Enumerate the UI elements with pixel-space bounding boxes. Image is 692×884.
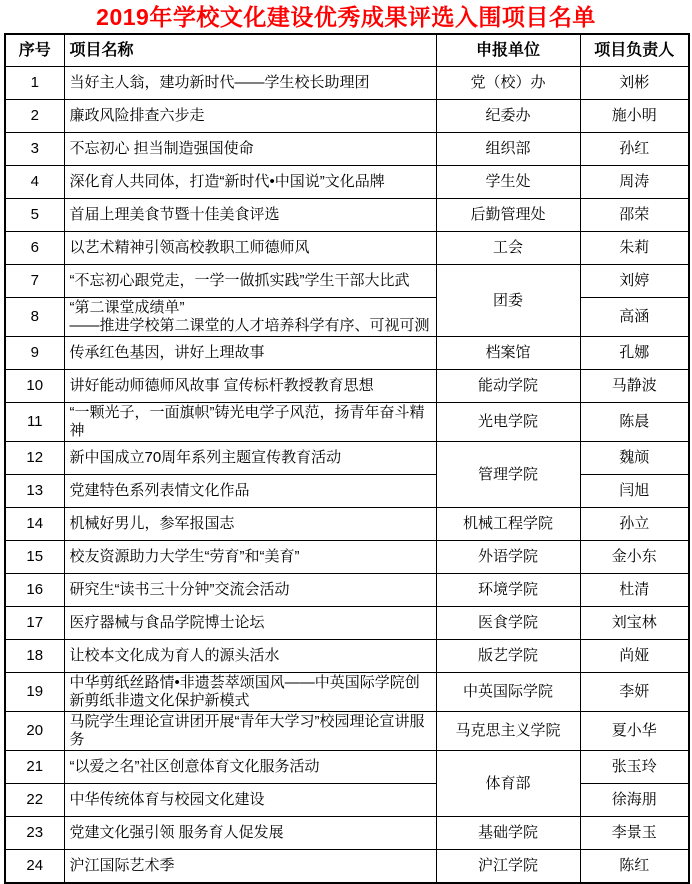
table-row: 4深化育人共同体，打造“新时代•中国说”文化品牌学生处周涛: [5, 166, 689, 199]
project-name-cell: 中华传统体育与校园文化建设: [64, 784, 436, 817]
project-name-cell: 研究生“读书三十分钟”交流会活动: [64, 574, 436, 607]
unit-cell: 中英国际学院: [436, 673, 580, 712]
project-name-cell: “一颗光子，一面旗帜”铸光电学子风范，扬青年奋斗精神: [64, 403, 436, 442]
row-number-cell: 2: [5, 100, 64, 133]
table-row: 5首届上理美食节暨十佳美食评选后勤管理处邵荣: [5, 199, 689, 232]
project-name-cell: 不忘初心 担当制造强国使命: [64, 133, 436, 166]
row-number-cell: 14: [5, 508, 64, 541]
leader-cell: 李妍: [580, 673, 689, 712]
unit-cell: 后勤管理处: [436, 199, 580, 232]
leader-cell: 夏小华: [580, 712, 689, 751]
table-row: 18让校本文化成为育人的源头活水版艺学院尚娅: [5, 640, 689, 673]
row-number-cell: 1: [5, 67, 64, 100]
leader-cell: 马静波: [580, 370, 689, 403]
unit-cell: 纪委办: [436, 100, 580, 133]
leader-cell: 孙立: [580, 508, 689, 541]
leader-cell: 周涛: [580, 166, 689, 199]
row-number-cell: 16: [5, 574, 64, 607]
leader-cell: 孙红: [580, 133, 689, 166]
row-number-cell: 24: [5, 850, 64, 884]
project-name-cell: 新中国成立70周年系列主题宣传教育活动: [64, 442, 436, 475]
unit-cell: 基础学院: [436, 817, 580, 850]
col-header-leader: 项目负责人: [580, 34, 689, 67]
table-row: 16研究生“读书三十分钟”交流会活动环境学院杜清: [5, 574, 689, 607]
unit-cell: 光电学院: [436, 403, 580, 442]
project-name-cell: 中华剪纸丝路情•非遗荟萃颂国风——中英国际学院创新剪纸非遗文化保护新模式: [64, 673, 436, 712]
row-number-cell: 10: [5, 370, 64, 403]
page-title: 2019年学校文化建设优秀成果评选入围项目名单: [0, 0, 692, 33]
project-name-cell: “以爱之名”社区创意体育文化服务活动: [64, 751, 436, 784]
header-row: 序号 项目名称 申报单位 项目负责人: [5, 34, 689, 67]
row-number-cell: 5: [5, 199, 64, 232]
table-row: 2廉政风险排查六步走纪委办施小明: [5, 100, 689, 133]
project-name-cell: 让校本文化成为育人的源头活水: [64, 640, 436, 673]
col-header-number: 序号: [5, 34, 64, 67]
leader-cell: 高涵: [580, 298, 689, 337]
project-name-cell: 廉政风险排查六步走: [64, 100, 436, 133]
table-header: 序号 项目名称 申报单位 项目负责人: [5, 34, 689, 67]
table-row: 6以艺术精神引领高校教职工师德师风工会朱莉: [5, 232, 689, 265]
leader-cell: 徐海朋: [580, 784, 689, 817]
leader-cell: 张玉玲: [580, 751, 689, 784]
table-row: 11“一颗光子，一面旗帜”铸光电学子风范，扬青年奋斗精神光电学院陈晨: [5, 403, 689, 442]
unit-cell: 外语学院: [436, 541, 580, 574]
leader-cell: 刘彬: [580, 67, 689, 100]
unit-cell: 马克思主义学院: [436, 712, 580, 751]
row-number-cell: 21: [5, 751, 64, 784]
project-name-cell: 讲好能动师德师风故事 宣传标杆教授教育思想: [64, 370, 436, 403]
leader-cell: 朱莉: [580, 232, 689, 265]
unit-cell: 团委: [436, 265, 580, 337]
table-row: 19中华剪纸丝路情•非遗荟萃颂国风——中英国际学院创新剪纸非遗文化保护新模式中英…: [5, 673, 689, 712]
row-number-cell: 11: [5, 403, 64, 442]
project-name-cell: 首届上理美食节暨十佳美食评选: [64, 199, 436, 232]
table-row: 9传承红色基因，讲好上理故事档案馆孔娜: [5, 337, 689, 370]
row-number-cell: 6: [5, 232, 64, 265]
table-row: 7“不忘初心跟党走，一学一做抓实践”学生干部大比武团委刘婷: [5, 265, 689, 298]
leader-cell: 陈红: [580, 850, 689, 884]
leader-cell: 孔娜: [580, 337, 689, 370]
leader-cell: 尚娅: [580, 640, 689, 673]
table-row: 17医疗器械与食品学院博士论坛医食学院刘宝林: [5, 607, 689, 640]
table-body: 1当好主人翁，建功新时代——学生校长助理团党（校）办刘彬2廉政风险排查六步走纪委…: [5, 67, 689, 884]
table-row: 10讲好能动师德师风故事 宣传标杆教授教育思想能动学院马静波: [5, 370, 689, 403]
unit-cell: 管理学院: [436, 442, 580, 508]
row-number-cell: 3: [5, 133, 64, 166]
project-name-cell: “不忘初心跟党走，一学一做抓实践”学生干部大比武: [64, 265, 436, 298]
leader-cell: 金小东: [580, 541, 689, 574]
unit-cell: 机械工程学院: [436, 508, 580, 541]
project-name-cell: 党建特色系列表情文化作品: [64, 475, 436, 508]
unit-cell: 档案馆: [436, 337, 580, 370]
unit-cell: 党（校）办: [436, 67, 580, 100]
leader-cell: 施小明: [580, 100, 689, 133]
unit-cell: 环境学院: [436, 574, 580, 607]
leader-cell: 刘婷: [580, 265, 689, 298]
project-name-cell: 党建文化强引领 服务育人促发展: [64, 817, 436, 850]
row-number-cell: 15: [5, 541, 64, 574]
table-row: 14机械好男儿，参军报国志机械工程学院孙立: [5, 508, 689, 541]
table-row: 24沪江国际艺术季沪江学院陈红: [5, 850, 689, 884]
unit-cell: 能动学院: [436, 370, 580, 403]
leader-cell: 杜清: [580, 574, 689, 607]
row-number-cell: 23: [5, 817, 64, 850]
project-name-cell: 马院学生理论宣讲团开展“青年大学习”校园理论宣讲服务: [64, 712, 436, 751]
unit-cell: 体育部: [436, 751, 580, 817]
col-header-unit: 申报单位: [436, 34, 580, 67]
row-number-cell: 13: [5, 475, 64, 508]
leader-cell: 魏颃: [580, 442, 689, 475]
project-name-cell: 机械好男儿，参军报国志: [64, 508, 436, 541]
row-number-cell: 20: [5, 712, 64, 751]
project-name-cell: 当好主人翁，建功新时代——学生校长助理团: [64, 67, 436, 100]
table-row: 21“以爱之名”社区创意体育文化服务活动体育部张玉玲: [5, 751, 689, 784]
project-name-cell: 以艺术精神引领高校教职工师德师风: [64, 232, 436, 265]
row-number-cell: 9: [5, 337, 64, 370]
leader-cell: 刘宝林: [580, 607, 689, 640]
leader-cell: 李景玉: [580, 817, 689, 850]
projects-table: 序号 项目名称 申报单位 项目负责人 1当好主人翁，建功新时代——学生校长助理团…: [4, 33, 690, 884]
row-number-cell: 4: [5, 166, 64, 199]
leader-cell: 邵荣: [580, 199, 689, 232]
project-name-cell: 医疗器械与食品学院博士论坛: [64, 607, 436, 640]
page: 2019年学校文化建设优秀成果评选入围项目名单 序号 项目名称 申报单位 项目负…: [0, 0, 692, 884]
project-name-cell: “第二课堂成绩单” ——推进学校第二课堂的人才培养科学有序、可视可测: [64, 298, 436, 337]
table-row: 12新中国成立70周年系列主题宣传教育活动管理学院魏颃: [5, 442, 689, 475]
table-row: 13党建特色系列表情文化作品闫旭: [5, 475, 689, 508]
leader-cell: 闫旭: [580, 475, 689, 508]
unit-cell: 医食学院: [436, 607, 580, 640]
table-row: 20马院学生理论宣讲团开展“青年大学习”校园理论宣讲服务马克思主义学院夏小华: [5, 712, 689, 751]
table-row: 15校友资源助力大学生“劳育”和“美育”外语学院金小东: [5, 541, 689, 574]
unit-cell: 工会: [436, 232, 580, 265]
unit-cell: 学生处: [436, 166, 580, 199]
row-number-cell: 17: [5, 607, 64, 640]
unit-cell: 沪江学院: [436, 850, 580, 884]
table-row: 1当好主人翁，建功新时代——学生校长助理团党（校）办刘彬: [5, 67, 689, 100]
row-number-cell: 19: [5, 673, 64, 712]
project-name-cell: 沪江国际艺术季: [64, 850, 436, 884]
unit-cell: 版艺学院: [436, 640, 580, 673]
row-number-cell: 7: [5, 265, 64, 298]
table-row: 8“第二课堂成绩单” ——推进学校第二课堂的人才培养科学有序、可视可测高涵: [5, 298, 689, 337]
table-row: 3不忘初心 担当制造强国使命组织部孙红: [5, 133, 689, 166]
row-number-cell: 12: [5, 442, 64, 475]
leader-cell: 陈晨: [580, 403, 689, 442]
project-name-cell: 深化育人共同体，打造“新时代•中国说”文化品牌: [64, 166, 436, 199]
unit-cell: 组织部: [436, 133, 580, 166]
row-number-cell: 8: [5, 298, 64, 337]
table-row: 22中华传统体育与校园文化建设徐海朋: [5, 784, 689, 817]
row-number-cell: 22: [5, 784, 64, 817]
project-name-cell: 校友资源助力大学生“劳育”和“美育”: [64, 541, 436, 574]
table-row: 23党建文化强引领 服务育人促发展基础学院李景玉: [5, 817, 689, 850]
col-header-project: 项目名称: [64, 34, 436, 67]
row-number-cell: 18: [5, 640, 64, 673]
project-name-cell: 传承红色基因，讲好上理故事: [64, 337, 436, 370]
